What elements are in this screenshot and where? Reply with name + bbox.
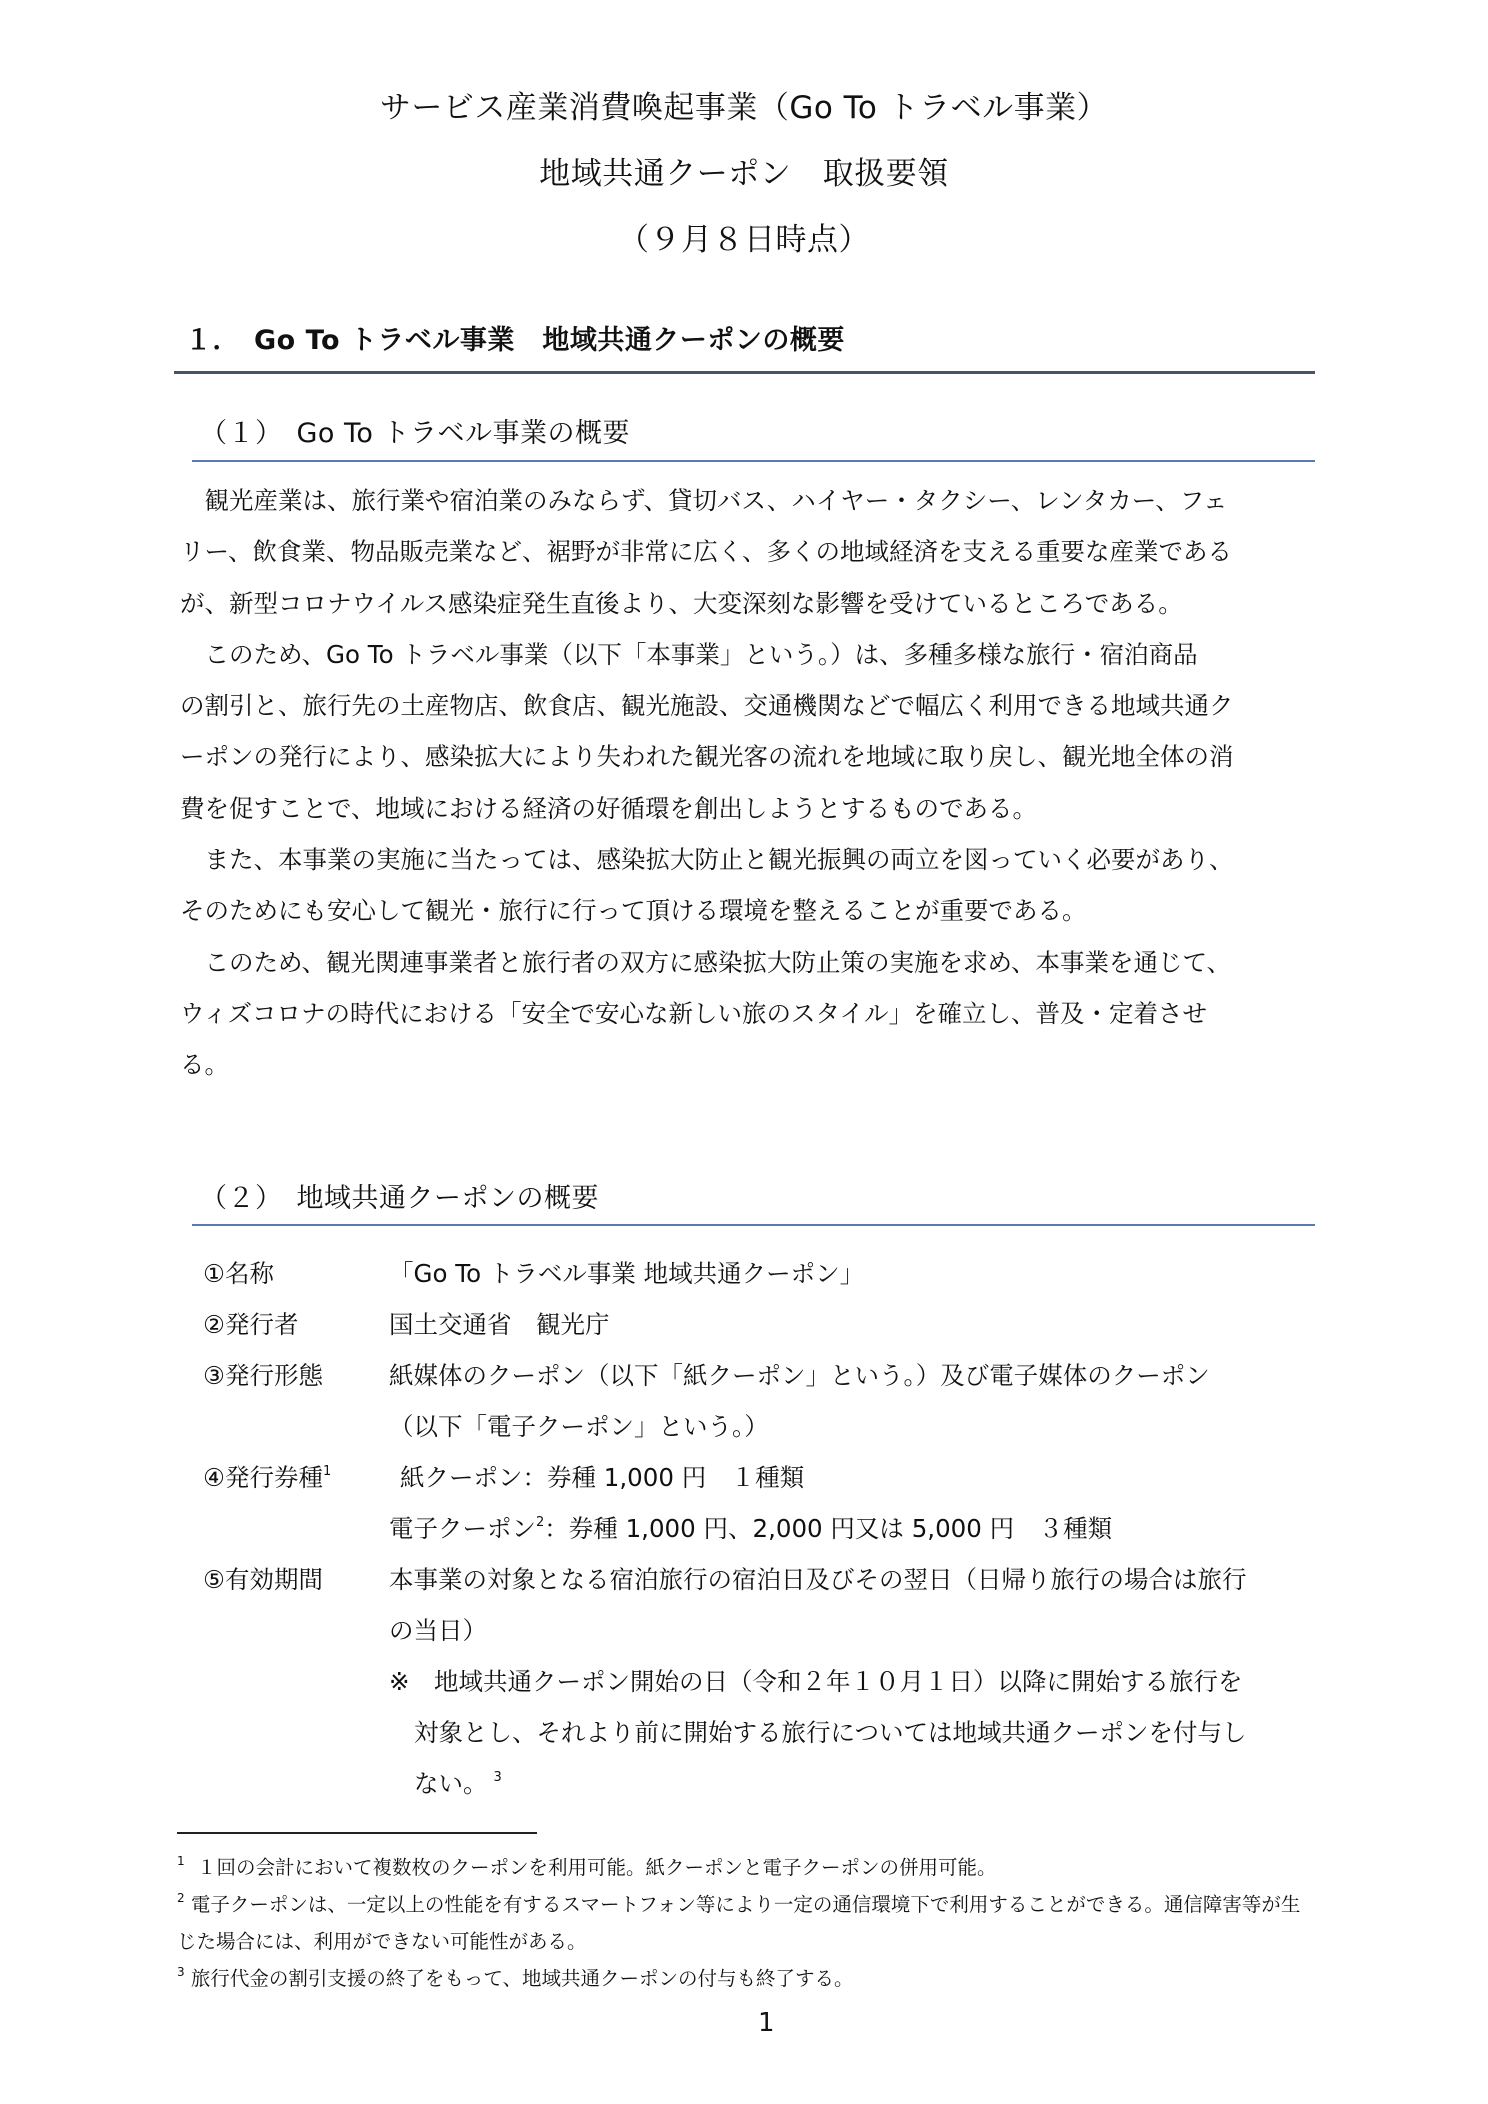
item-value-paper-coupon: 紙クーポン：券種 1,000 円 １種類 [400,1459,804,1494]
section-1-heading: １． Go To トラベル事業 地域共通クーポンの概要 [185,318,845,357]
validity-note-line-2: 対象とし、それより前に開始する旅行については地域共通クーポンを付与し [414,1714,1247,1749]
body-line: の割引と、旅行先の土産物店、飲食店、観光施設、交通機関などで幅広く利用できる地域… [180,680,1320,731]
body-line: ーポンの発行により、感染拡大により失われた観光客の流れを地域に取り戻し、観光地全… [180,731,1320,782]
digital-coupon-text: ：券種 1,000 円、2,000 円又は 5,000 円 ３種類 [544,1514,1112,1543]
item-value-format-cont: （以下「電子クーポン」という。） [389,1408,769,1443]
item-value-validity: 本事業の対象となる宿泊旅行の宿泊日及びその翌日（日帰り旅行の場合は旅行 [389,1561,1247,1596]
digital-coupon-label: 電子クーポン [389,1514,536,1543]
footnote-separator [177,1832,537,1834]
validity-note-line-1: ※ 地域共通クーポン開始の日（令和２年１０月１日）以降に開始する旅行を [389,1663,1243,1698]
item-label-issuer: ②発行者 [203,1306,298,1341]
item-value-digital-coupon: 電子クーポン2：券種 1,000 円、2,000 円又は 5,000 円 ３種類 [389,1510,1112,1545]
item-label-name: ①名称 [203,1255,274,1290]
document-title-line-1: サービス産業消費喚起事業（Go To トラベル事業） [0,82,1488,127]
subsection-2-heading: （２） 地域共通クーポンの概要 [200,1176,599,1215]
subsection-1-rule [192,460,1315,462]
footnote-3: 3 旅行代金の割引支援の終了をもって、地域共通クーポンの付与も終了する。 [177,1963,853,1991]
item-label-format: ③発行形態 [203,1357,323,1392]
subsection-1-heading: （１） Go To トラベル事業の概要 [200,411,630,450]
document-date-line: （９月８日時点） [0,214,1488,259]
body-line: そのためにも安心して観光・旅行に行って頂ける環境を整えることが重要である。 [180,885,1320,936]
document-title-line-2: 地域共通クーポン 取扱要領 [0,148,1488,193]
item-value-name: 「Go To トラベル事業 地域共通クーポン」 [389,1255,864,1290]
body-line: このため、Go To トラベル事業（以下「本事業」という。）は、多種多様な旅行・… [180,629,1320,680]
body-line: また、本事業の実施に当たっては、感染拡大防止と観光振興の両立を図っていく必要があ… [180,834,1320,885]
body-line: が、新型コロナウイルス感染症発生直後より、大変深刻な影響を受けているところである… [180,578,1320,629]
footnote-2-cont: じた場合には、利用ができない可能性がある。 [177,1926,587,1954]
validity-note-text: ない。 [414,1769,488,1798]
body-line: このため、観光関連事業者と旅行者の双方に感染拡大防止策の実施を求め、本事業を通じ… [180,937,1320,988]
footnote-2: 2 電子クーポンは、一定以上の性能を有するスマートフォン等により一定の通信環境下… [177,1889,1300,1917]
body-line: 観光産業は、旅行業や宿泊業のみならず、貸切バス、ハイヤー・タクシー、レンタカー、… [180,475,1320,526]
footnote-ref: 3 [494,1770,502,1785]
item-value-format: 紙媒体のクーポン（以下「紙クーポン」という。）及び電子媒体のクーポン [389,1357,1210,1392]
footnote-number: 1 [177,1854,185,1868]
item-value-issuer: 国土交通省 観光庁 [389,1306,610,1341]
footnote-number: 2 [177,1891,185,1905]
body-line: 費を促すことで、地域における経済の好循環を創出しようとするものである。 [180,783,1320,834]
subsection-1-body: 観光産業は、旅行業や宿泊業のみならず、貸切バス、ハイヤー・タクシー、レンタカー、… [180,475,1320,1091]
subsection-2-rule [192,1224,1315,1226]
validity-note-line-3: ない。3 [414,1765,502,1800]
footnote-ref: 1 [323,1464,331,1479]
body-line: ウィズコロナの時代における「安全で安心な新しい旅のスタイル」を確立し、普及・定着… [180,988,1320,1039]
footnote-text: １回の会計において複数枚のクーポンを利用可能。紙クーポンと電子クーポンの併用可能… [197,1856,997,1879]
footnote-number: 3 [177,1965,185,1979]
footnote-text: 電子クーポンは、一定以上の性能を有するスマートフォン等により一定の通信環境下で利… [191,1893,1301,1916]
body-line: リー、飲食業、物品販売業など、裾野が非常に広く、多くの地域経済を支える重要な産業… [180,526,1320,577]
section-1-rule [174,371,1315,374]
body-line: る。 [180,1039,1320,1090]
item-label-denominations-text: ④発行券種 [203,1463,323,1492]
item-value-validity-cont: の当日） [389,1612,487,1647]
footnote-text: 旅行代金の割引支援の終了をもって、地域共通クーポンの付与も終了する。 [191,1967,854,1990]
page-number: 1 [758,2008,775,2038]
item-label-denominations: ④発行券種1 [203,1459,331,1494]
item-label-validity: ⑤有効期間 [203,1561,323,1596]
footnote-1: 1 １回の会計において複数枚のクーポンを利用可能。紙クーポンと電子クーポンの併用… [177,1852,997,1880]
